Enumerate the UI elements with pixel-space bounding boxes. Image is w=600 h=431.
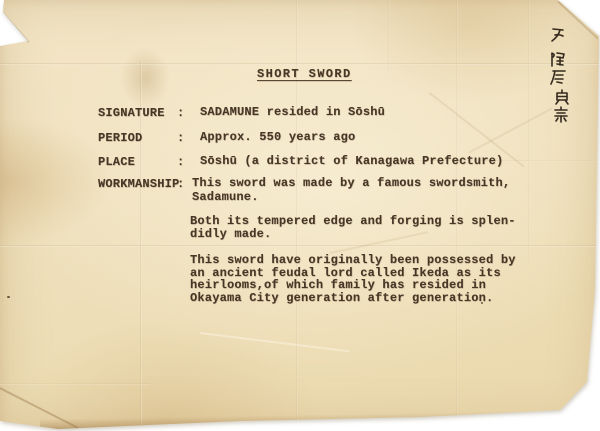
field-label: PLACE xyxy=(98,155,135,169)
field-value: Approx. 550 years ago xyxy=(200,131,560,145)
crease-line xyxy=(0,245,596,247)
field-label: PERIOD xyxy=(98,131,142,145)
scanned-document: SHORT SWORD SIGNATURE : SADAMUNE resided… xyxy=(0,0,600,431)
calligraphy-inscription xyxy=(545,26,571,126)
document-title: SHORT SWORD xyxy=(257,67,352,81)
field-colon: : xyxy=(177,131,184,145)
workmanship-paragraph: Both its tempered edge and forging is sp… xyxy=(190,215,535,240)
crease-line xyxy=(456,0,458,416)
field-value: Sōshū (a district of Kanagawa Prefecture… xyxy=(200,155,560,169)
calligraphy-character xyxy=(552,53,564,66)
crease-line xyxy=(0,383,150,385)
field-row-place: PLACE : Sōshū (a district of Kanagawa Pr… xyxy=(98,155,568,170)
calligraphy-character xyxy=(552,29,563,41)
field-colon: : xyxy=(177,155,184,169)
crease-line xyxy=(388,0,390,70)
field-value: This sword was made by a famous swordsmi… xyxy=(192,177,552,204)
stain-spot xyxy=(7,296,10,298)
crease-line xyxy=(296,0,298,421)
calligraphy-character xyxy=(555,107,567,122)
paper-sheet: SHORT SWORD SIGNATURE : SADAMUNE resided… xyxy=(0,0,600,431)
field-colon: : xyxy=(177,177,184,191)
torn-corner-line xyxy=(2,12,30,43)
field-colon: : xyxy=(177,106,184,120)
wrinkle-line xyxy=(200,332,349,352)
provenance-paragraph: This sword have originally been possesse… xyxy=(190,254,535,304)
field-label: WORKMANSHIP xyxy=(98,177,179,191)
field-row-workmanship: WORKMANSHIP : This sword was made by a f… xyxy=(98,177,568,192)
field-row-period: PERIOD : Approx. 550 years ago xyxy=(98,131,568,146)
field-row-signature: SIGNATURE : SADAMUNE resided in Sōshū xyxy=(98,106,568,121)
calligraphy-character xyxy=(551,71,565,84)
crease-line xyxy=(0,63,600,65)
field-label: SIGNATURE xyxy=(98,106,165,120)
field-value: SADAMUNE resided in Sōshū xyxy=(200,106,560,120)
calligraphy-character xyxy=(556,90,568,104)
paper-bottom-edge-shadow xyxy=(40,411,560,430)
